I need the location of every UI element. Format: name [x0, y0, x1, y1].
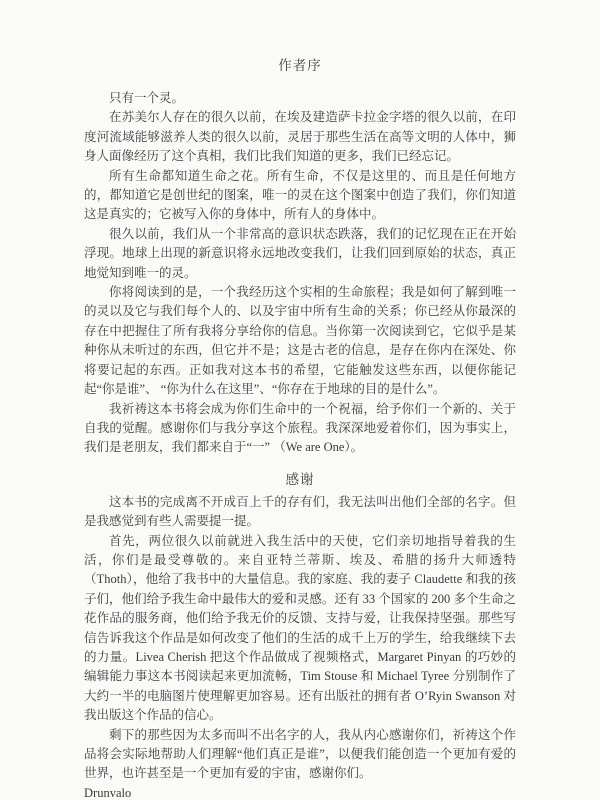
acknowledgments-paragraph-2: 首先，两位很久以前就进入我生活中的天使，它们亲切地指导着我的生活，你们是最受尊敬… [84, 532, 516, 726]
acknowledgments-title: 感谢 [84, 470, 516, 490]
acknowledgments-paragraph-1: 这本书的完成离不开成百上千的存有们，我无法叫出他们全部的名字。但是我感觉到有些人… [84, 493, 516, 532]
acknowledgments-paragraph-3: 剩下的那些因为太多而叫不出名字的人，我从内心感谢你们，祈祷这个作品将会实际地帮助… [84, 726, 516, 784]
preface-paragraph-2: 在苏美尔人存在的很久以前，在埃及建造萨卡拉金字塔的很久以前，在印度河流域能够滋养… [84, 108, 516, 166]
preface-paragraph-5: 你将阅读到的是，一个我经历这个实相的生命旅程；我是如何了解到唯一的灵以及它与我们… [84, 283, 516, 399]
author-signature: Drunvalo [84, 784, 516, 800]
preface-paragraph-3: 所有生命都知道生命之花。所有生命，不仅是这里的、而且是任何地方的，都知道它是创世… [84, 167, 516, 225]
preface-title: 作者序 [84, 56, 516, 76]
book-page: 作者序 只有一个灵。 在苏美尔人存在的很久以前，在埃及建造萨卡拉金字塔的很久以前… [0, 0, 600, 800]
preface-paragraph-1: 只有一个灵。 [84, 89, 516, 108]
preface-paragraph-6: 我祈祷这本书将会成为你们生命中的一个祝福，给予你们一个新的、关于自我的觉醒。感谢… [84, 400, 516, 458]
preface-paragraph-4: 很久以前，我们从一个非常高的意识状态跌落，我们的记忆现在正在开始浮现。地球上出现… [84, 225, 516, 283]
